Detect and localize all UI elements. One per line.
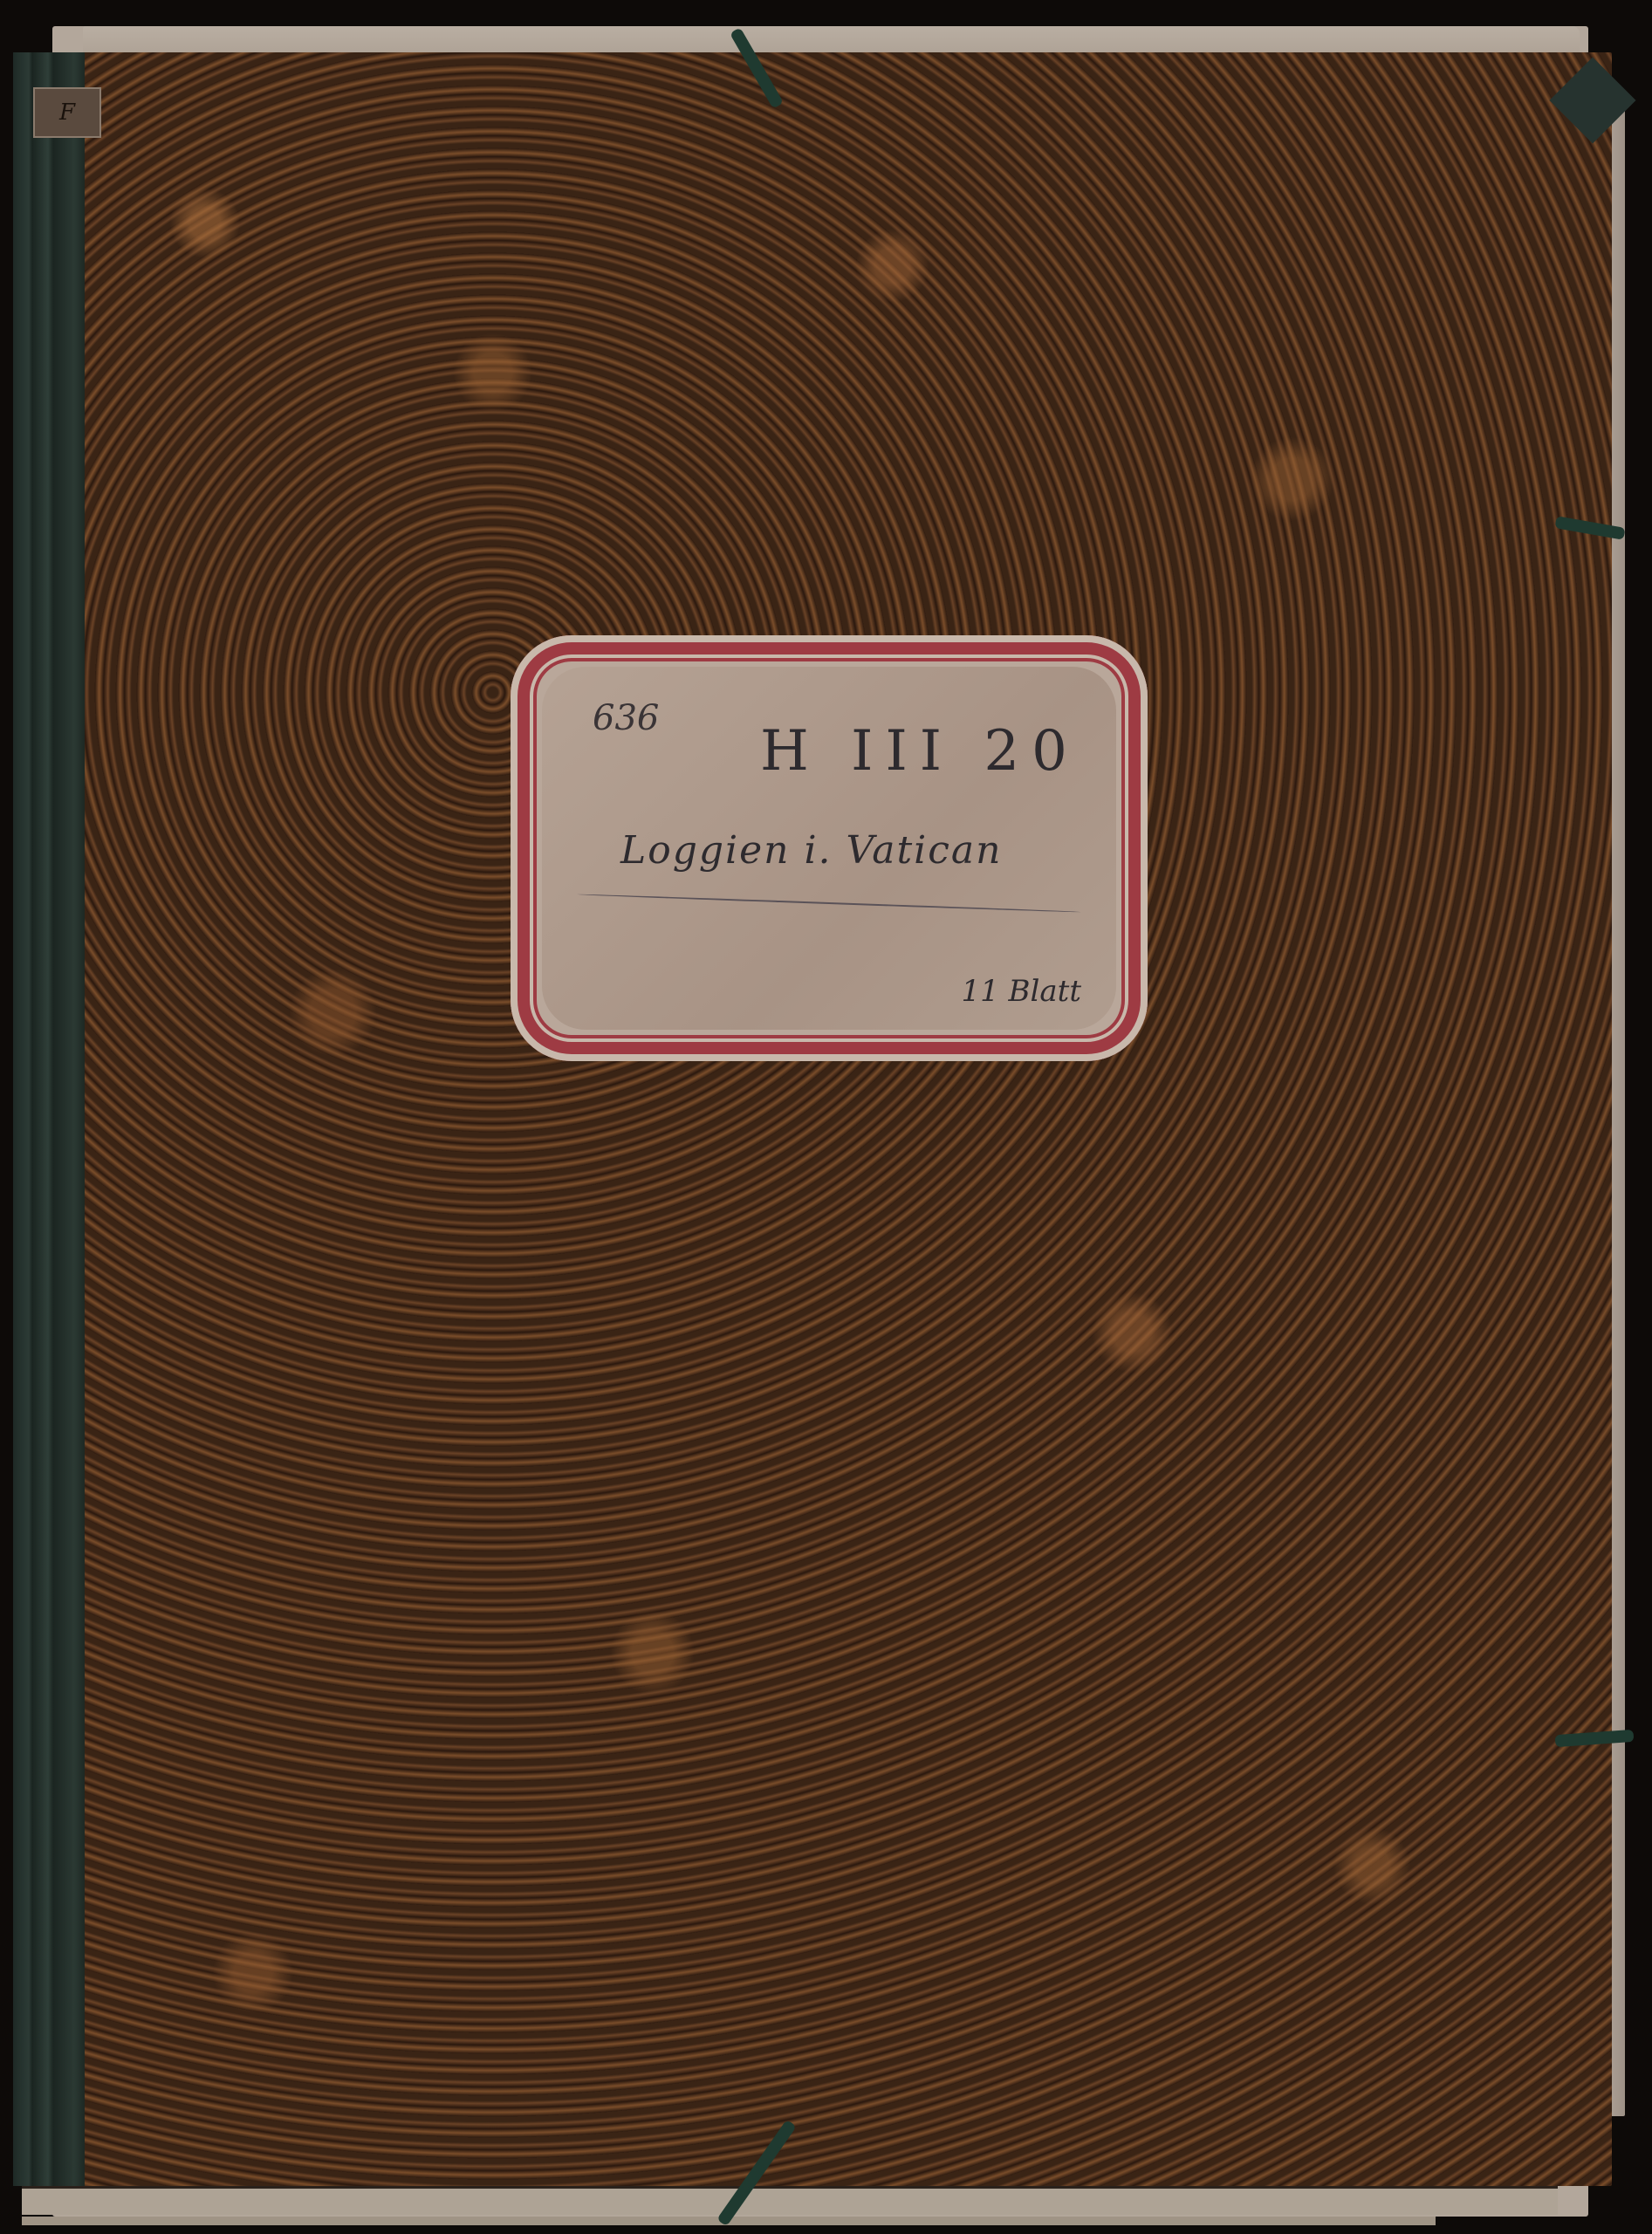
- marbled-cover: [13, 52, 1612, 2186]
- label-title: Loggien i. Vatican: [620, 828, 1002, 873]
- label-sheet-count: 11 Blatt: [961, 974, 1081, 1009]
- label-shelfmark: H III 20: [760, 719, 1080, 784]
- cover-label: 636 H III 20 Loggien i. Vatican 11 Blatt: [511, 635, 1148, 1061]
- label-number: 636: [593, 698, 659, 738]
- label-rule-line: [577, 894, 1081, 913]
- bottom-board-edge: [22, 2186, 1558, 2215]
- cloth-spine: [13, 52, 85, 2186]
- label-paper: 636 H III 20 Loggien i. Vatican 11 Blatt: [542, 667, 1116, 1030]
- spine-tag-text: F: [59, 99, 75, 126]
- spine-tag: F: [33, 87, 101, 138]
